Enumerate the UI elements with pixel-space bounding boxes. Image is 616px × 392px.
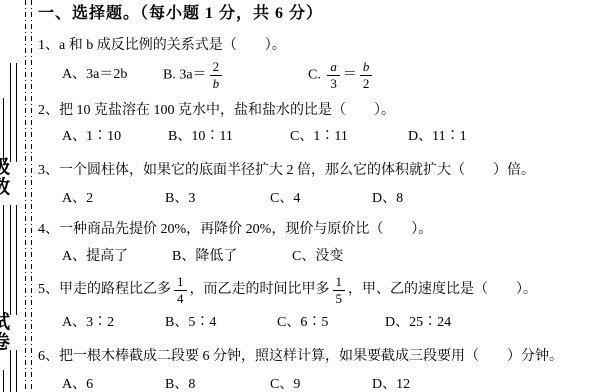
equals-sign: ＝	[343, 67, 357, 82]
question-4-options: A、提高了 B、降低了 C、没变	[38, 248, 612, 266]
option-d: D、12	[372, 376, 410, 392]
margin-char: 级	[0, 158, 15, 178]
margin-rule-line	[3, 205, 4, 315]
question-6-stem: 6、把一根木棒截成二段要 6 分钟，照这样计算，如果要截成三段要用（ ）分钟。	[38, 348, 612, 366]
question-1-stem: 1、a 和 b 成反比例的关系式是（ ）。	[38, 37, 612, 55]
option-c-prefix: C.	[308, 67, 324, 82]
margin-rule-line	[16, 63, 17, 162]
margin-rule-line	[10, 350, 11, 392]
option-a: A、1∶10	[62, 128, 168, 146]
option-c: C、没变	[292, 248, 343, 266]
option-c: C. a3＝b2	[308, 60, 375, 91]
margin-rule-line	[10, 205, 11, 315]
option-b: B、5∶4	[165, 314, 277, 332]
option-b: B. 3a＝2b	[163, 60, 308, 91]
binding-dashdot-line	[31, 0, 32, 392]
question-5-options: A、3∶2 B、5∶4 C、6∶5 D、25∶24	[38, 314, 612, 332]
option-b-prefix: B. 3a＝	[163, 67, 207, 82]
option-c: C、1∶11	[290, 128, 408, 146]
question-3-stem: 3、一个圆柱体，如果它的底面半径扩大 2 倍，那么它的体积就扩大（ ）倍。	[38, 162, 612, 180]
stem-text: 5、甲走的路程比乙多	[38, 281, 171, 299]
fraction: 14	[174, 275, 187, 306]
option-d: D、8	[372, 190, 403, 208]
section-title: 一、选择题。（每小题 1 分，共 6 分）	[38, 4, 612, 24]
exam-content: 一、选择题。（每小题 1 分，共 6 分） 1、a 和 b 成反比例的关系式是（…	[38, 4, 612, 392]
option-b: B、8	[165, 376, 270, 392]
fraction: a3	[327, 60, 340, 91]
binding-dashdot-line	[25, 0, 26, 392]
margin-rule-line	[3, 370, 4, 392]
fraction: 2b	[210, 60, 223, 91]
question-6-options: A、6 B、8 C、9 D、12	[38, 376, 612, 392]
fraction: b2	[360, 60, 373, 91]
option-a: A、提高了	[62, 248, 172, 266]
question-1-options: A、3a＝2b B. 3a＝2b C. a3＝b2	[38, 57, 612, 93]
option-b: B、3	[165, 190, 270, 208]
option-d: D、25∶24	[385, 314, 451, 332]
option-a: A、6	[62, 376, 165, 392]
question-2-options: A、1∶10 B、10∶11 C、1∶11 D、11∶1	[38, 128, 612, 146]
margin-rule-line	[16, 205, 17, 315]
margin-rule-line	[10, 63, 11, 162]
option-b: B、降低了	[172, 248, 292, 266]
fraction: 15	[333, 275, 346, 306]
question-4-stem: 4、一种商品先提价 20%，再降价 20%，现价与原价比（ ）。	[38, 221, 612, 239]
option-c: C、4	[270, 190, 372, 208]
question-2-stem: 2、把 10 克盐溶在 100 克水中，盐和盐水的比是（ ）。	[38, 102, 612, 120]
option-a: A、2	[62, 190, 165, 208]
question-5-stem: 5、甲走的路程比乙多14，而乙走的时间比甲多15，甲、乙的速度比是（ ）。	[38, 272, 612, 308]
margin-rule-line	[3, 98, 4, 162]
margin-char: 数	[0, 178, 15, 198]
margin-text-cluster: 试 卷	[0, 313, 15, 353]
margin-rule-line	[16, 350, 17, 392]
option-c: C、9	[270, 376, 372, 392]
exam-paper-page: { "page": { "background": "#ffffff", "te…	[0, 0, 616, 392]
margin-char: 试	[0, 313, 15, 333]
margin-char: 卷	[0, 333, 15, 353]
option-a: A、3a＝2b	[62, 66, 163, 84]
stem-text: ，而乙走的时间比甲多	[190, 281, 330, 299]
option-b: B、10∶11	[168, 128, 290, 146]
option-c: C、6∶5	[277, 314, 385, 332]
margin-text-cluster: 级 数	[0, 158, 15, 198]
option-d: D、11∶1	[408, 128, 467, 146]
question-3-options: A、2 B、3 C、4 D、8	[38, 190, 612, 208]
stem-text: ，甲、乙的速度比是（ ）。	[348, 281, 537, 299]
option-a: A、3∶2	[62, 314, 165, 332]
